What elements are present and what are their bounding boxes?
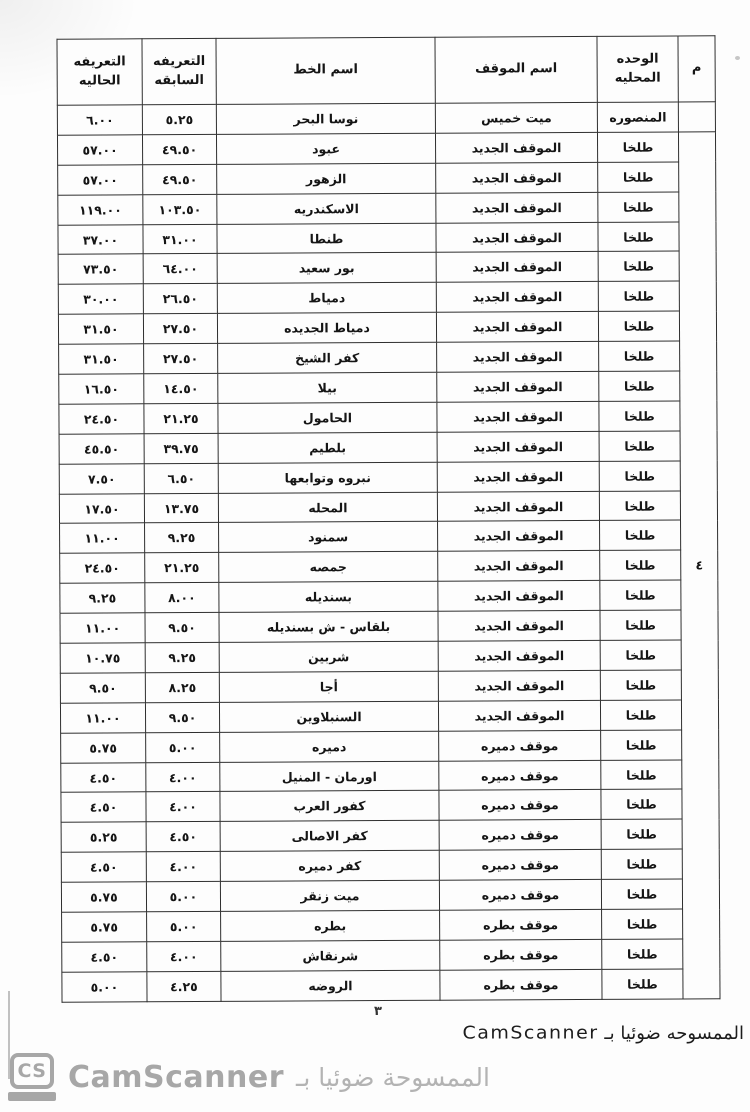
local-unit-cell: طلخا <box>599 461 680 491</box>
stop-name-cell: الموقف الجديد <box>435 132 597 163</box>
table-row: طلخا موقف بطره الروضه ٤.٢٥ ٥.٠٠ <box>62 969 720 1002</box>
stop-name-cell: الموقف الجديد <box>438 640 600 671</box>
col-header-prev: التعريفه السابقه <box>142 38 216 104</box>
current-tariff-cell: ١١.٠٠ <box>60 613 145 643</box>
line-name-cell: اورمان - المنيل <box>220 761 439 792</box>
table-row: طلخا موقف دميره كفور العرب ٤.٠٠ ٤.٥٠ <box>61 789 719 822</box>
local-unit-cell: طلخا <box>599 431 680 461</box>
col-header-line: اسم الخط <box>216 37 435 104</box>
current-tariff-cell: ٥.٢٥ <box>61 822 146 852</box>
current-tariff-cell: ٢٤.٥٠ <box>59 404 144 434</box>
local-unit-cell: طلخا <box>600 520 681 550</box>
line-name-cell: ميت زنقر <box>220 880 439 911</box>
stop-name-cell: الموقف الجديد <box>437 342 599 373</box>
col-header-stop: اسم الموقف <box>435 36 597 103</box>
camscanner-logo-base <box>8 1092 56 1101</box>
previous-tariff-cell: ٢١.٢٥ <box>145 553 219 583</box>
line-name-cell: أجا <box>219 671 438 702</box>
previous-tariff-cell: ٤٩.٥٠ <box>143 164 217 194</box>
line-name-cell: دمياط <box>217 283 436 314</box>
line-name-cell: كفور العرب <box>220 791 439 822</box>
table-row: طلخا موقف بطره شرنقاش ٤.٠٠ ٤.٥٠ <box>62 939 720 972</box>
stop-name-cell: الموقف الجديد <box>438 700 600 731</box>
table-row: طلخا الموقف الجديد الاسكندريه ١٠٣.٥٠ ١١٩… <box>58 191 716 224</box>
previous-tariff-cell: ٥.٠٠ <box>146 732 220 762</box>
stop-name-cell: الموقف الجديد <box>437 491 599 522</box>
line-name-cell: الاسكندريه <box>217 193 436 224</box>
line-name-cell: طنطا <box>217 223 436 254</box>
scanned-page: { "table": { "headers": { "num": "م", "u… <box>0 0 750 1112</box>
local-unit-cell: طلخا <box>601 879 682 909</box>
current-tariff-cell: ١١.٠٠ <box>60 523 145 553</box>
local-unit-cell: طلخا <box>597 132 678 162</box>
current-tariff-cell: ١٧.٥٠ <box>59 493 144 523</box>
current-tariff-cell: ٢٤.٥٠ <box>60 553 145 583</box>
current-tariff-cell: ٣٠.٠٠ <box>58 284 143 314</box>
stop-name-cell: الموقف الجديد <box>436 282 598 313</box>
previous-tariff-cell: ٦.٥٠ <box>144 463 218 493</box>
current-tariff-cell: ٧٣.٥٠ <box>58 254 143 284</box>
table-row: طلخا موقف دميره كفر دميره ٤.٠٠ ٤.٥٠ <box>61 849 719 882</box>
local-unit-cell: طلخا <box>600 550 681 580</box>
camscanner-logo-icon: CS <box>8 1053 56 1101</box>
line-name-cell: المحله <box>218 492 437 523</box>
previous-tariff-cell: ١٤.٥٠ <box>144 373 218 403</box>
local-unit-cell: طلخا <box>601 760 682 790</box>
current-tariff-cell: ٤.٥٠ <box>61 792 146 822</box>
header-row: م الوحده المحليه اسم الموقف اسم الخط الت… <box>57 36 715 105</box>
previous-tariff-cell: ١٣.٧٥ <box>144 493 218 523</box>
previous-tariff-cell: ٥.٠٠ <box>147 911 221 941</box>
watermark-brand-text: CamScanner <box>68 1060 284 1095</box>
local-unit-cell: طلخا <box>599 341 680 371</box>
line-name-cell: كفر الشيخ <box>218 342 437 373</box>
line-name-cell: عبود <box>216 133 435 164</box>
previous-tariff-cell: ٩.٢٥ <box>145 523 219 553</box>
line-name-cell: السنبلاوين <box>219 701 438 732</box>
current-tariff-cell: ٣٧.٠٠ <box>58 224 143 254</box>
stop-name-cell: الموقف الجديد <box>437 401 599 432</box>
stop-name-cell: الموقف الجديد <box>438 670 600 701</box>
table-row: طلخا الموقف الجديد سمنود ٩.٢٥ ١١.٠٠ <box>60 520 718 553</box>
previous-tariff-cell: ٤.٢٥ <box>147 971 221 1001</box>
local-unit-cell: طلخا <box>601 730 682 760</box>
current-tariff-cell: ١٠.٧٥ <box>60 643 145 673</box>
local-unit-cell: طلخا <box>600 670 681 700</box>
stop-name-cell: الموقف الجديد <box>438 551 600 582</box>
stop-name-cell: الموقف الجديد <box>438 611 600 642</box>
local-unit-cell: طلخا <box>598 222 679 252</box>
local-unit-cell: طلخا <box>598 251 679 281</box>
previous-tariff-cell: ٢٧.٥٠ <box>143 314 217 344</box>
local-unit-cell: طلخا <box>598 162 679 192</box>
local-unit-cell: طلخا <box>602 969 683 999</box>
current-tariff-cell: ١١.٠٠ <box>60 703 145 733</box>
page-number: ٣ <box>374 1004 382 1019</box>
stop-name-cell: الموقف الجديد <box>436 312 598 343</box>
table-row: طلخا الموقف الجديد كفر الشيخ ٢٧.٥٠ ٣١.٥٠ <box>59 341 717 374</box>
handwritten-scan-note: الممسوحه ضوئيا بـ CamScanner <box>462 1022 744 1044</box>
current-tariff-cell: ٤.٥٠ <box>61 852 146 882</box>
stop-name-cell: الموقف الجديد <box>438 521 600 552</box>
table-row: طلخا الموقف الجديد السنبلاوين ٩.٥٠ ١١.٠٠ <box>60 700 718 733</box>
stop-name-cell: الموقف الجديد <box>437 371 599 402</box>
stop-name-cell: موقف دميره <box>439 760 601 791</box>
local-unit-cell: طلخا <box>600 640 681 670</box>
current-tariff-cell: ٥.٧٥ <box>61 882 146 912</box>
line-name-cell: شربين <box>219 641 438 672</box>
line-name-cell: كفر دميره <box>220 851 439 882</box>
previous-tariff-cell: ٤.٥٠ <box>146 822 220 852</box>
current-tariff-cell: ٥.٧٥ <box>62 912 147 942</box>
scan-artifact-edge <box>8 991 10 1079</box>
previous-tariff-cell: ١٠٣.٥٠ <box>143 194 217 224</box>
previous-tariff-cell: ٢١.٢٥ <box>144 403 218 433</box>
previous-tariff-cell: ٩.٥٠ <box>145 702 219 732</box>
previous-tariff-cell: ٨.٢٥ <box>145 672 219 702</box>
current-tariff-cell: ٩.٢٥ <box>60 583 145 613</box>
current-tariff-cell: ٥.٠٠ <box>62 972 147 1002</box>
previous-tariff-cell: ٥.٢٥ <box>142 104 216 134</box>
table-body: المنصوره ميت خميس نوسا البحر ٥.٢٥ ٦.٠٠ ٤… <box>57 102 720 1002</box>
previous-tariff-cell: ٢٧.٥٠ <box>144 344 218 374</box>
previous-tariff-cell: ٤.٠٠ <box>147 941 221 971</box>
local-unit-cell: طلخا <box>601 849 682 879</box>
line-name-cell: بسنديله <box>219 581 438 612</box>
previous-tariff-cell: ٤.٠٠ <box>146 792 220 822</box>
scan-artifact-dot <box>735 56 740 60</box>
camscanner-logo-text: CS <box>10 1053 54 1089</box>
table-row: طلخا الموقف الجديد بسنديله ٨.٠٠ ٩.٢٥ <box>60 580 718 613</box>
previous-tariff-cell: ٢٦.٥٠ <box>143 284 217 314</box>
table-row: طلخا الموقف الجديد الزهور ٤٩.٥٠ ٥٧.٠٠ <box>58 162 716 195</box>
stop-name-cell: الموقف الجديد <box>436 192 598 223</box>
local-unit-cell: طلخا <box>600 580 681 610</box>
line-name-cell: الروضه <box>221 970 440 1001</box>
line-name-cell: نبروه وتوابعها <box>218 462 437 493</box>
table-row: طلخا موقف دميره كفر الاصالى ٤.٥٠ ٥.٢٥ <box>61 819 719 852</box>
line-name-cell: كفر الاصالى <box>220 821 439 852</box>
row-number-cell <box>678 102 715 132</box>
line-name-cell: بلطيم <box>218 432 437 463</box>
table-row: طلخا الموقف الجديد شربين ٩.٢٥ ١٠.٧٥ <box>60 640 718 673</box>
table-row: طلخا الموقف الجديد نبروه وتوابعها ٦.٥٠ ٧… <box>59 460 717 493</box>
handwritten-note-latin: CamScanner <box>462 1023 598 1043</box>
stop-name-cell: موقف بطره <box>440 939 602 970</box>
table-row: طلخا الموقف الجديد المحله ١٣.٧٥ ١٧.٥٠ <box>59 490 717 523</box>
stop-name-cell: الموقف الجديد <box>436 162 598 193</box>
stop-name-cell: موقف بطره <box>440 969 602 1000</box>
line-name-cell: بلقاس - ش بسنديله <box>219 611 438 642</box>
line-name-cell: جمصه <box>219 552 438 583</box>
table-row: طلخا الموقف الجديد أجا ٨.٢٥ ٩.٥٠ <box>60 670 718 703</box>
previous-tariff-cell: ٦٤.٠٠ <box>143 254 217 284</box>
table-row: طلخا الموقف الجديد بلقاس - ش بسنديله ٩.٥… <box>60 610 718 643</box>
table-row: ٤ طلخا الموقف الجديد عبود ٤٩.٥٠ ٥٧.٠٠ <box>57 132 715 165</box>
stop-name-cell: الموقف الجديد <box>437 431 599 462</box>
table-row: طلخا الموقف الجديد بلطيم ٣٩.٧٥ ٤٥.٥٠ <box>59 431 717 464</box>
line-name-cell: شرنقاش <box>221 940 440 971</box>
group-number-cell: ٤ <box>678 132 720 999</box>
stop-name-cell: موقف دميره <box>439 790 601 821</box>
table-row: طلخا الموقف الجديد بور سعيد ٦٤.٠٠ ٧٣.٥٠ <box>58 251 716 284</box>
current-tariff-cell: ٥٧.٠٠ <box>58 165 143 195</box>
current-tariff-cell: ٥٧.٠٠ <box>57 135 142 165</box>
previous-tariff-cell: ٤.٠٠ <box>146 762 220 792</box>
previous-tariff-cell: ٩.٥٠ <box>145 613 219 643</box>
watermark-arabic-text: الممسوحة ضوئيا بـ <box>296 1063 490 1092</box>
current-tariff-cell: ١١٩.٠٠ <box>58 194 143 224</box>
table-row: طلخا الموقف الجديد دمياط ٢٦.٥٠ ٣٠.٠٠ <box>58 281 716 314</box>
table-row: طلخا موقف دميره ميت زنقر ٥.٠٠ ٥.٧٥ <box>61 879 719 912</box>
local-unit-cell: طلخا <box>599 401 680 431</box>
previous-tariff-cell: ٣٩.٧٥ <box>144 433 218 463</box>
table-row: طلخا موقف دميره اورمان - المنيل ٤.٠٠ ٤.٥… <box>61 759 719 792</box>
table-row: طلخا الموقف الجديد طنطا ٣١.٠٠ ٣٧.٠٠ <box>58 221 716 254</box>
stop-name-cell: موقف دميره <box>439 730 601 761</box>
col-header-unit: الوحده المحليه <box>597 36 678 102</box>
current-tariff-cell: ٦.٠٠ <box>57 105 142 135</box>
local-unit-cell: المنصوره <box>597 102 678 132</box>
table-row: المنصوره ميت خميس نوسا البحر ٥.٢٥ ٦.٠٠ <box>57 102 715 135</box>
line-name-cell: سمنود <box>219 522 438 553</box>
local-unit-cell: طلخا <box>602 909 683 939</box>
handwritten-note-arabic: الممسوحه ضوئيا بـ <box>604 1023 744 1044</box>
table-row: طلخا الموقف الجديد دمياط الجديده ٢٧.٥٠ ٣… <box>58 311 716 344</box>
line-name-cell: دمياط الجديده <box>217 312 436 343</box>
stop-name-cell: موقف دميره <box>439 820 601 851</box>
previous-tariff-cell: ٣١.٠٠ <box>143 224 217 254</box>
col-header-curr: التعريفه الحاليه <box>57 39 142 105</box>
col-header-num: م <box>678 36 715 102</box>
table-row: طلخا الموقف الجديد جمصه ٢١.٢٥ ٢٤.٥٠ <box>60 550 718 583</box>
current-tariff-cell: ٣١.٥٠ <box>59 344 144 374</box>
stop-name-cell: الموقف الجديد <box>436 222 598 253</box>
line-name-cell: بطره <box>221 910 440 941</box>
current-tariff-cell: ٥.٧٥ <box>61 732 146 762</box>
line-name-cell: بيلا <box>218 372 437 403</box>
local-unit-cell: طلخا <box>600 610 681 640</box>
local-unit-cell: طلخا <box>600 700 681 730</box>
stop-name-cell: موقف دميره <box>439 880 601 911</box>
previous-tariff-cell: ٥.٠٠ <box>146 882 220 912</box>
stop-name-cell: الموقف الجديد <box>438 581 600 612</box>
current-tariff-cell: ٤.٥٠ <box>62 942 147 972</box>
previous-tariff-cell: ٨.٠٠ <box>145 583 219 613</box>
current-tariff-cell: ٧.٥٠ <box>59 463 144 493</box>
stop-name-cell: الموقف الجديد <box>436 252 598 283</box>
previous-tariff-cell: ٩.٢٥ <box>145 642 219 672</box>
stop-name-cell: موقف بطره <box>440 909 602 940</box>
current-tariff-cell: ٣١.٥٠ <box>58 314 143 344</box>
local-unit-cell: طلخا <box>599 491 680 521</box>
local-unit-cell: طلخا <box>598 311 679 341</box>
current-tariff-cell: ٩.٥٠ <box>60 673 145 703</box>
line-name-cell: الزهور <box>217 163 436 194</box>
stop-name-cell: موقف دميره <box>439 850 601 881</box>
local-unit-cell: طلخا <box>601 789 682 819</box>
table-row: طلخا الموقف الجديد بيلا ١٤.٥٠ ١٦.٥٠ <box>59 371 717 404</box>
local-unit-cell: طلخا <box>599 371 680 401</box>
tariff-table: م الوحده المحليه اسم الموقف اسم الخط الت… <box>56 35 720 1002</box>
local-unit-cell: طلخا <box>598 192 679 222</box>
table-row: طلخا الموقف الجديد الحامول ٢١.٢٥ ٢٤.٥٠ <box>59 401 717 434</box>
stop-name-cell: ميت خميس <box>435 102 597 133</box>
previous-tariff-cell: ٤٩.٥٠ <box>142 134 216 164</box>
line-name-cell: دميره <box>220 731 439 762</box>
stop-name-cell: الموقف الجديد <box>437 461 599 492</box>
local-unit-cell: طلخا <box>602 939 683 969</box>
line-name-cell: بور سعيد <box>217 253 436 284</box>
current-tariff-cell: ٤.٥٠ <box>61 762 146 792</box>
current-tariff-cell: ٤٥.٥٠ <box>59 434 144 464</box>
local-unit-cell: طلخا <box>601 819 682 849</box>
camscanner-watermark: CS CamScanner الممسوحة ضوئيا بـ <box>8 1053 490 1101</box>
table-row: طلخا موقف بطره بطره ٥.٠٠ ٥.٧٥ <box>62 909 720 942</box>
line-name-cell: الحامول <box>218 402 437 433</box>
local-unit-cell: طلخا <box>598 281 679 311</box>
current-tariff-cell: ١٦.٥٠ <box>59 374 144 404</box>
line-name-cell: نوسا البحر <box>216 103 435 134</box>
table-row: طلخا موقف دميره دميره ٥.٠٠ ٥.٧٥ <box>61 729 719 762</box>
previous-tariff-cell: ٤.٠٠ <box>146 852 220 882</box>
